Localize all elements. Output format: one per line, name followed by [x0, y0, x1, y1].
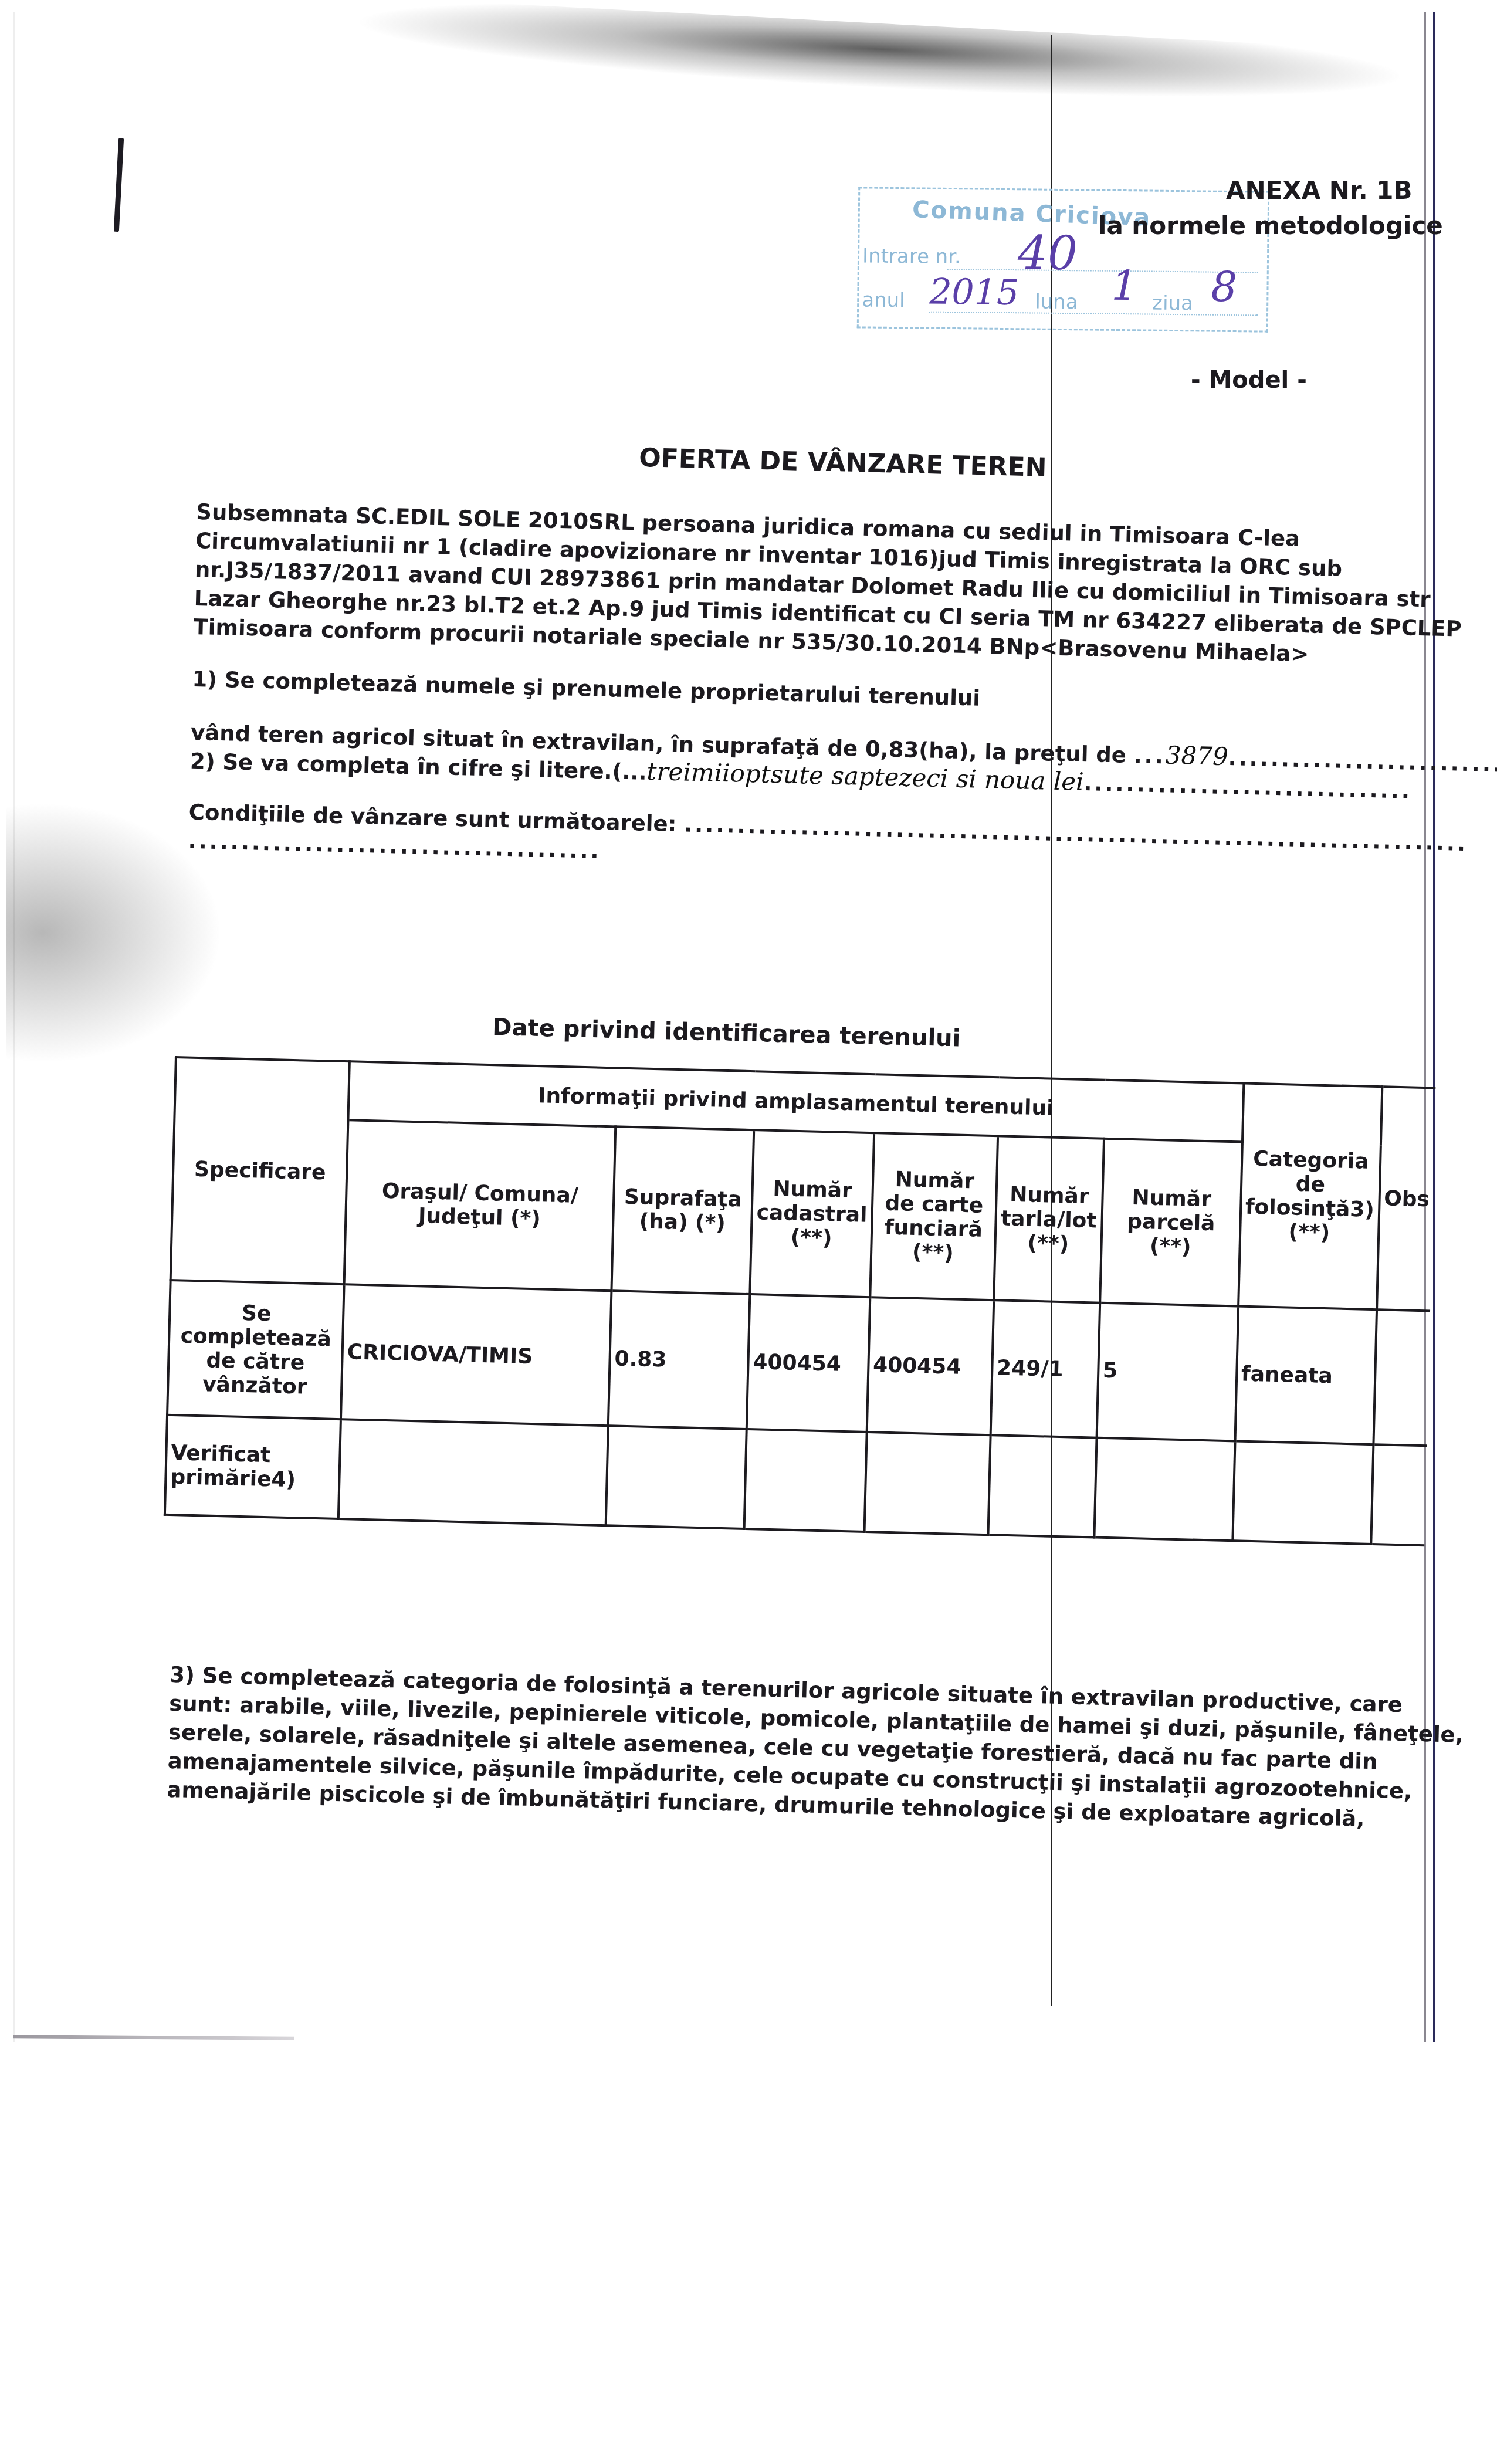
stamp-year-label: anul [862, 288, 905, 312]
col-header-categorie: Categoria de folosinţă3) (**) [1238, 1084, 1382, 1310]
document-title: OFERTA DE VÂNZARE TEREN [639, 443, 1047, 483]
scan-toner-speckle [351, 0, 1408, 116]
cell-obs[interactable] [1371, 1444, 1427, 1545]
col-header-tarla-lot: Număr tarla/lot (**) [994, 1136, 1104, 1302]
cell-suprafata[interactable]: 0.83 [608, 1291, 750, 1429]
pen-mark [114, 138, 124, 232]
cell-carte-funciara[interactable]: 400454 [866, 1297, 994, 1435]
stamp-month-value: 1 [1111, 262, 1137, 310]
registration-stamp: Comuna Criciova Intrare nr. 40 anul 2015… [857, 187, 1269, 332]
cell-nr-cadastral[interactable]: 400454 [747, 1294, 870, 1432]
cell-categorie[interactable]: faneata [1235, 1306, 1376, 1444]
model-label: - Model - [1191, 367, 1307, 394]
col-header-parcela: Număr parcelă (**) [1100, 1139, 1242, 1307]
land-identification-table: Specificare Informaţii privind amplasame… [164, 1056, 1436, 1546]
cell-obs[interactable] [1373, 1309, 1430, 1446]
offer-body: Subsemnata SC.EDIL SOLE 2010SRL persoana… [188, 497, 1310, 882]
cell-specificare: Verificat primărie4) [165, 1415, 341, 1519]
cell-tarla-lot[interactable] [988, 1435, 1096, 1537]
col-header-nr-cadastral: Număr cadastral (**) [750, 1130, 873, 1297]
footnote-3: 3) Se completează categoria de folosinţă… [167, 1660, 1343, 1833]
stamp-entry-number: 40 [1018, 225, 1078, 280]
cell-parcela[interactable] [1094, 1438, 1235, 1541]
annex-label: ANEXA Nr. 1B [1226, 176, 1413, 205]
scanned-document-page: Comuna Criciova Intrare nr. 40 anul 2015… [0, 0, 1497, 2464]
col-header-suprafata: Suprafaţa (ha) (*) [611, 1126, 754, 1294]
col-header-carte-funciara: Număr de carte funciară (**) [870, 1133, 998, 1300]
cell-suprafata[interactable] [606, 1426, 747, 1529]
col-header-obs: Obs [1377, 1087, 1436, 1311]
col-header-specificare: Specificare [171, 1057, 350, 1284]
cell-specificare: Se completează de către vânzător [167, 1280, 344, 1419]
stamp-entry-label: Intrare nr. [862, 244, 961, 269]
annex-subtitle: la normele metodologice [1098, 211, 1443, 240]
cell-localitate[interactable] [338, 1419, 608, 1525]
cell-localitate[interactable]: CRICIOVA/TIMIS [341, 1284, 611, 1426]
col-header-localitate: Oraşul/ Comuna/ Judeţul (*) [344, 1120, 616, 1291]
cell-parcela[interactable]: 5 [1096, 1303, 1238, 1441]
cell-nr-cadastral[interactable] [744, 1429, 867, 1532]
stamp-month-label: luna [1035, 290, 1078, 314]
stamp-day-label: ziua [1152, 292, 1193, 316]
cell-carte-funciara[interactable] [864, 1432, 990, 1535]
cell-categorie[interactable] [1232, 1441, 1373, 1544]
stamp-year-value: 2015 [929, 272, 1019, 314]
stamp-day-value: 8 [1211, 263, 1237, 311]
scan-bottom-rule [13, 2035, 294, 2040]
cell-tarla-lot[interactable]: 249/1 [990, 1300, 1100, 1437]
land-table-title: Date privind identificarea terenului [492, 1014, 961, 1052]
price-digits-field[interactable]: 3879 [1165, 740, 1228, 771]
